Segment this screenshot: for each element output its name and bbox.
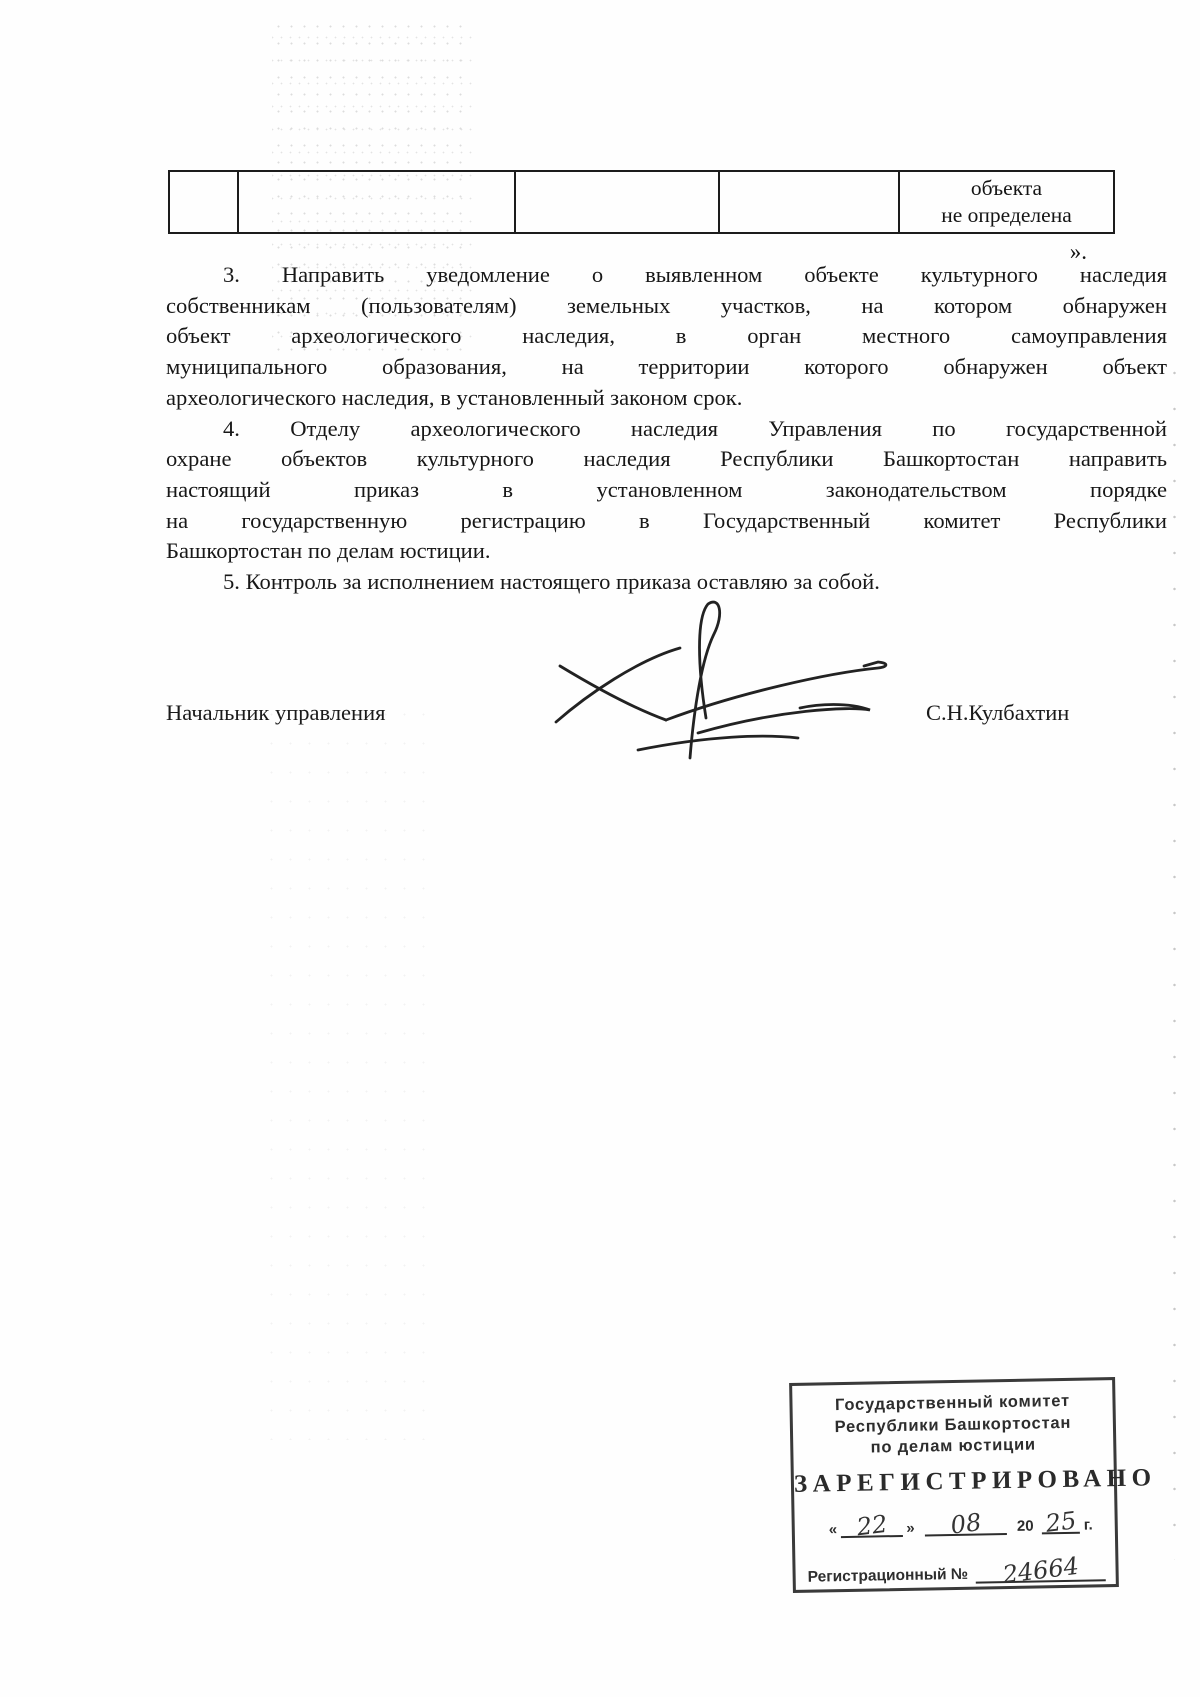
stamp-organization: Государственный комитет Республики Башко…: [792, 1390, 1113, 1460]
table-cell-text-line: объекта: [971, 175, 1042, 202]
text-line: настоящий приказ в установленном законод…: [166, 475, 1167, 506]
text-line: 5. Контроль за исполнением настоящего пр…: [166, 567, 1167, 598]
close-quote-mark: »: [906, 1519, 915, 1536]
registration-number-label: Регистрационный №: [808, 1565, 969, 1586]
stamp-registered-status: ЗАРЕГИСТРИРОВАНО: [794, 1465, 1114, 1499]
text-line: собственникам (пользователям) земельных …: [166, 291, 1167, 322]
registration-number-field: 24664: [976, 1549, 1106, 1583]
text-line: охране объектов культурного наследия Рес…: [166, 444, 1167, 475]
table-fragment: объекта не определена: [168, 170, 1115, 234]
year-prefix: 20: [1017, 1517, 1034, 1534]
table-cell: [720, 172, 900, 232]
year-suffix: г.: [1084, 1516, 1093, 1533]
table-cell: [516, 172, 720, 232]
page-root: { "document": { "table_fragment": { "las…: [0, 0, 1200, 1697]
table-cell: [239, 172, 516, 232]
stamp-year-field: 25: [1041, 1501, 1080, 1534]
table-cell: [170, 172, 239, 232]
text-line: объект археологического наследия, в орга…: [166, 321, 1167, 352]
stamp-day-field: 22: [841, 1504, 903, 1537]
table-cell-text-line: не определена: [941, 202, 1072, 229]
stamp-registration-row: Регистрационный № 24664: [807, 1549, 1106, 1586]
text-line: археологического наследия, в установленн…: [166, 383, 1167, 414]
handwritten-registration-number: 24664: [1001, 1551, 1080, 1588]
text-line: 4. Отделу археологического наследия Упра…: [166, 414, 1167, 445]
signature-scribble: [548, 598, 893, 763]
text-line: Башкортостан по делам юстиции.: [166, 536, 1167, 567]
signature-position-title: Начальник управления: [166, 700, 385, 726]
handwritten-year: 25: [1044, 1506, 1078, 1538]
registration-stamp: Государственный комитет Республики Башко…: [789, 1377, 1119, 1593]
body-text-block: 3. Направить уведомление о выявленном об…: [166, 260, 1167, 598]
stamp-month-field: 08: [924, 1503, 1007, 1537]
table-cell: объекта не определена: [900, 172, 1113, 232]
handwritten-day: 22: [855, 1509, 889, 1541]
text-line: 3. Направить уведомление о выявленном об…: [166, 260, 1167, 291]
scan-edge-dots: [1172, 355, 1177, 1560]
open-quote-mark: «: [829, 1521, 838, 1538]
text-line: на государственную регистрацию в Государ…: [166, 506, 1167, 537]
stamp-date-row: « 22 » 08 20 25 г.: [824, 1501, 1093, 1538]
handwritten-month: 08: [949, 1508, 983, 1540]
signer-name: С.Н.Кулбахтин: [926, 700, 1069, 726]
text-line: муниципального образования, на территори…: [166, 352, 1167, 383]
scan-noise-patch: [262, 700, 437, 1440]
